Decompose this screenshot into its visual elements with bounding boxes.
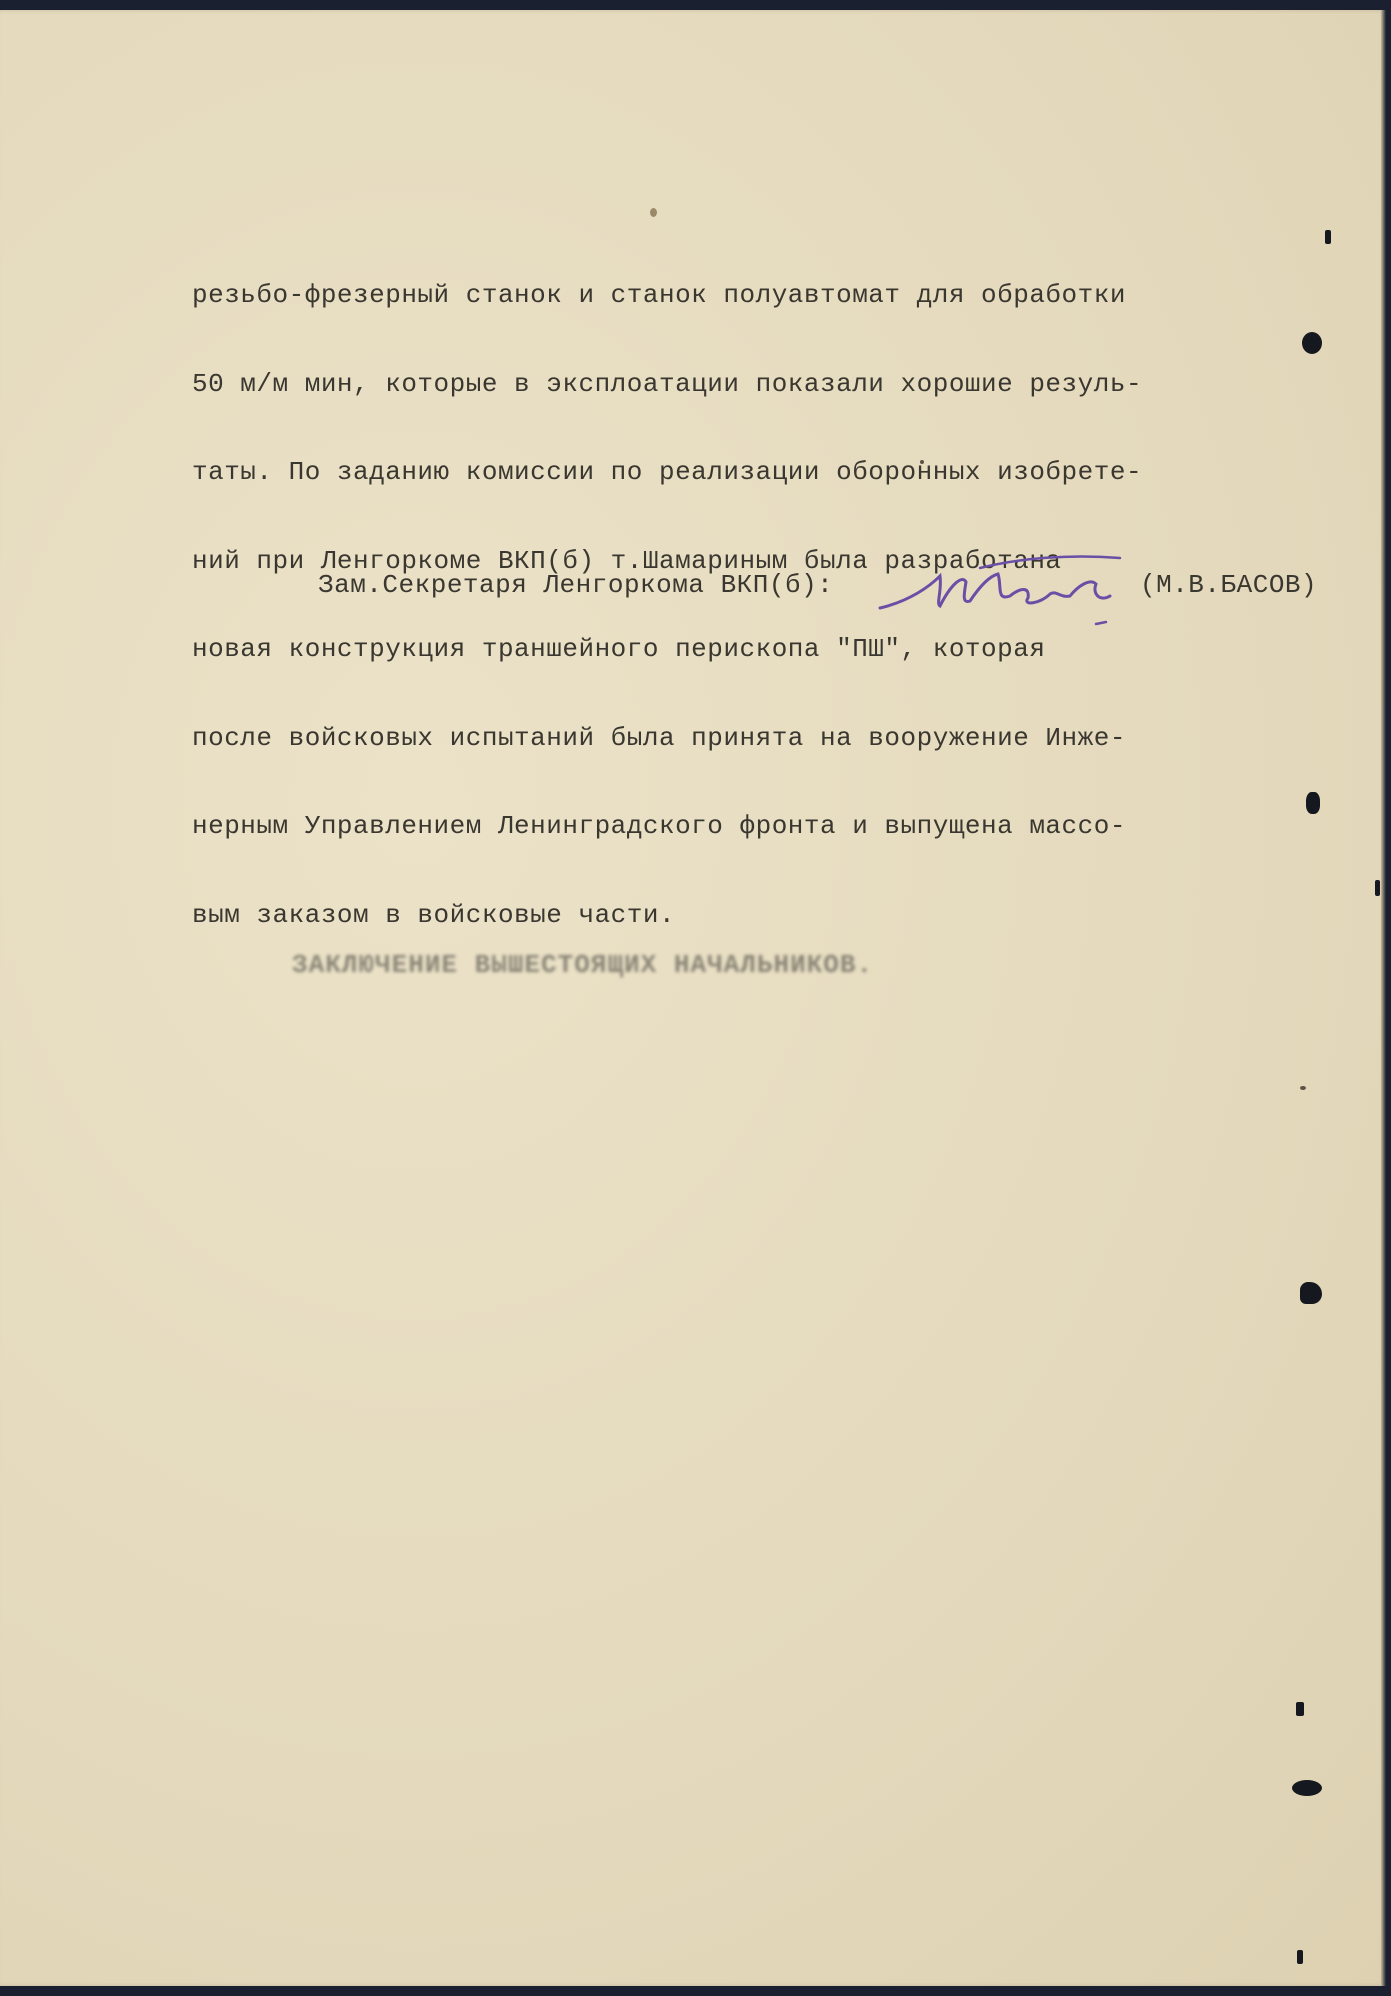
body-line: таты. По заданию комиссии по реализации … [192, 458, 1142, 488]
body-line: резьбо-фрезерный станок и станок полуавт… [192, 281, 1142, 311]
punch-hole [1306, 792, 1320, 814]
paper-speck [1375, 880, 1380, 896]
body-line: после войсковых испытаний была принята н… [192, 724, 1142, 754]
punch-hole [1302, 332, 1322, 354]
punch-hole [1300, 1282, 1322, 1304]
signatory-name: (М.В.БАСОВ) [1140, 570, 1317, 600]
paper-speck [920, 460, 924, 464]
document-page: резьбо-фрезерный станок и станок полуавт… [0, 10, 1386, 1986]
body-line: новая конструкция траншейного перископа … [192, 635, 1142, 665]
faded-section-heading: ЗАКЛЮЧЕНИЕ ВЫШЕСТОЯЩИХ НАЧАЛЬНИКОВ. [292, 950, 873, 980]
body-line: вым заказом в войсковые части. [192, 901, 1142, 931]
punch-hole [1325, 230, 1331, 244]
paper-speck [650, 208, 657, 217]
body-line: 50 м/м мин, которые в эксплоатации показ… [192, 370, 1142, 400]
body-line: нерным Управлением Ленинградского фронта… [192, 812, 1142, 842]
signatory-title: Зам.Секретаря Ленгоркома ВКП(б): [318, 570, 833, 600]
paper-speck [1300, 1086, 1306, 1090]
page-edge [1381, 10, 1386, 1986]
punch-hole [1292, 1780, 1322, 1796]
punch-hole [1297, 1950, 1303, 1964]
punch-hole [1296, 1702, 1304, 1716]
